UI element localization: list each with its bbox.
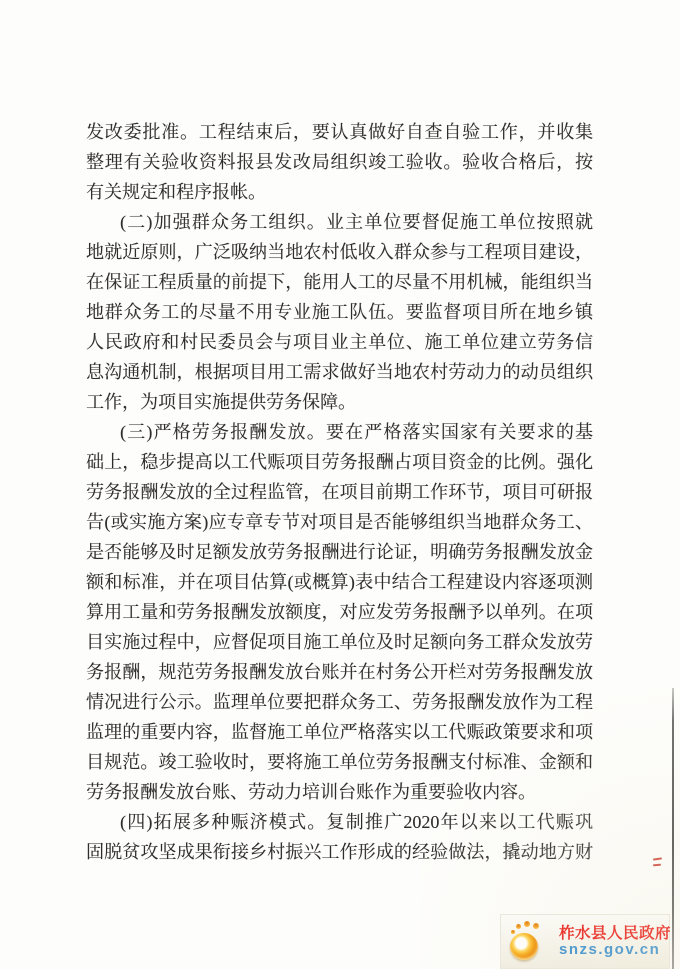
document-line: 有关规定和程序报帐。 bbox=[86, 177, 593, 207]
document-line: (四)拓展多种赈济模式。复制推广2020年以来以工代赈巩 bbox=[86, 807, 593, 837]
document-line: 目实施过程中，应督促项目施工单位及时足额向务工群众发放劳 bbox=[86, 627, 593, 657]
document-line: 监理的重要内容，监督施工单位严格落实以工代赈政策要求和项 bbox=[86, 717, 593, 747]
document-line: 务报酬，规范劳务报酬发放台账并在村务公开栏对劳务报酬发放 bbox=[86, 657, 593, 687]
document-line: 额和标准，并在项目估算(或概算)表中结合工程建设内容逐项测 bbox=[86, 567, 593, 597]
red-pen-mark bbox=[653, 857, 664, 869]
document-line: 固脱贫攻坚成果衔接乡村振兴工作形成的经验做法，撬动地方财 bbox=[86, 837, 593, 867]
document-line: 劳务报酬发放台账、劳动力培训台账作为重要验收内容。 bbox=[86, 777, 593, 807]
document-line: 础上，稳步提高以工代赈项目劳务报酬占项目资金的比例。强化 bbox=[86, 447, 593, 477]
document-line: 是否能够及时足额发放劳务报酬进行论证，明确劳务报酬发放金 bbox=[86, 537, 593, 567]
document-line: (三)严格劳务报酬发放。要在严格落实国家有关要求的基 bbox=[86, 417, 593, 447]
document-line: 劳务报酬发放的全过程监管，在项目前期工作环节，项目可研报 bbox=[86, 477, 593, 507]
document-line: (二)加强群众务工组织。业主单位要督促施工单位按照就 bbox=[86, 207, 593, 237]
document-line: 在保证工程质量的前提下，能用人工的尽量不用机械，能组织当 bbox=[86, 267, 593, 297]
document-body: 发改委批准。工程结束后，要认真做好自查自验工作，并收集整理有关验收资料报县发改局… bbox=[86, 117, 593, 867]
site-watermark[interactable]: 柞水县人民政府 snzs.gov.cn bbox=[500, 914, 670, 969]
document-line: 目规范。竣工验收时，要将施工单位劳务报酬支付标准、金额和 bbox=[86, 747, 593, 777]
document-line: 算用工量和劳务报酬发放额度，对应发劳务报酬予以单列。在项 bbox=[86, 597, 593, 627]
document-line: 告(或实施方案)应专章专节对项目是否能够组织当地群众务工、 bbox=[86, 507, 593, 537]
document-line: 发改委批准。工程结束后，要认真做好自查自验工作，并收集 bbox=[86, 117, 593, 147]
document-line: 人民政府和村民委员会与项目业主单位、施工单位建立劳务信 bbox=[86, 327, 593, 357]
document-line: 地就近原则，广泛吸纳当地农村低收入群众参与工程项目建设， bbox=[86, 237, 593, 267]
site-url: snzs.gov.cn bbox=[559, 941, 660, 958]
document-line: 工作，为项目实施提供劳务保障。 bbox=[86, 387, 593, 417]
site-name: 柞水县人民政府 bbox=[559, 921, 671, 943]
scanned-document-page: 发改委批准。工程结束后，要认真做好自查自验工作，并收集整理有关验收资料报县发改局… bbox=[0, 0, 680, 969]
document-line: 息沟通机制，根据项目用工需求做好当地农村劳动力的动员组织 bbox=[86, 357, 593, 387]
document-line: 地群众务工的尽量不用专业施工队伍。要监督项目所在地乡镇 bbox=[86, 297, 593, 327]
document-line: 情况进行公示。监理单位要把群众务工、劳务报酬发放作为工程 bbox=[86, 687, 593, 717]
scan-fold-line bbox=[672, 688, 674, 969]
footprint-icon bbox=[509, 919, 543, 963]
document-line: 整理有关验收资料报县发改局组织竣工验收。验收合格后，按 bbox=[86, 147, 593, 177]
